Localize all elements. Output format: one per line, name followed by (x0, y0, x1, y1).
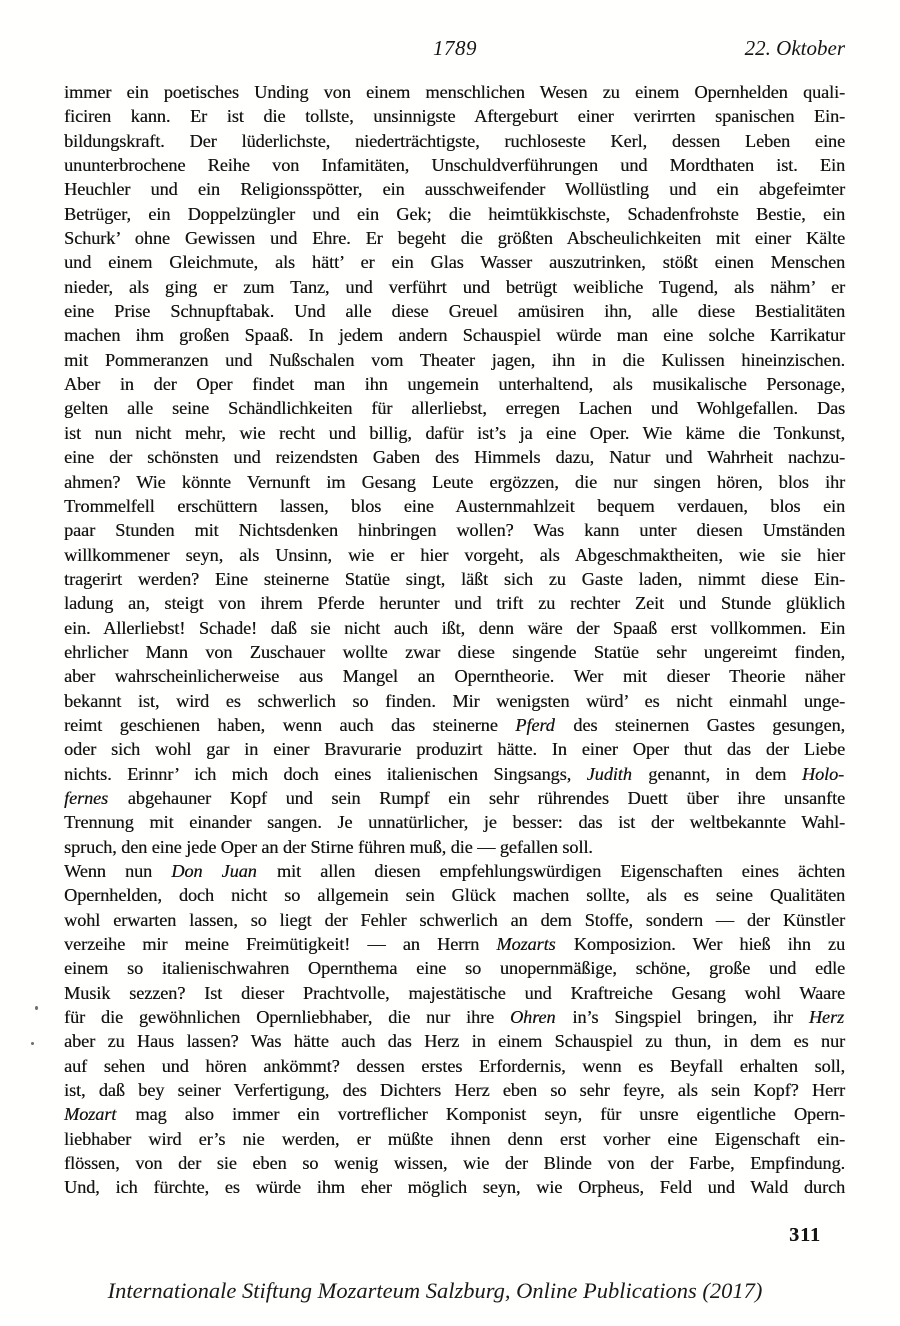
text-line: einem so italienischwahren Opernthema ei… (64, 956, 845, 980)
text-line: ehrlicher Mann von Zuschauer wollte zwar… (64, 640, 845, 664)
header-date: 22. Oktober (745, 34, 845, 62)
text-line: nichts. Erinnr’ ich mich doch eines ital… (64, 762, 845, 786)
text-line: bildungskraft. Der lüderlichste, niedert… (64, 129, 845, 153)
text-line: Aber in der Oper findet man ihn ungemein… (64, 372, 845, 396)
text-line: Trennung mit einander sangen. Je unnatür… (64, 810, 845, 834)
text-line: machen ihm großen Spaaß. In jedem andern… (64, 323, 845, 347)
text-line: ahmen? Wie könnte Vernunft im Gesang Leu… (64, 470, 845, 494)
page-number: 311 (789, 1224, 821, 1247)
text-line: Trommelfell erschüttern lassen, blos ein… (64, 494, 845, 518)
text-line: Schurk’ ohne Gewissen und Ehre. Er begeh… (64, 226, 845, 250)
text-line: fernes abgehauner Kopf und sein Rumpf ei… (64, 786, 845, 810)
running-header: 1789 22. Oktober (65, 34, 845, 62)
text-line: bekannt ist, wird es schwerlich so finde… (64, 689, 845, 713)
text-line: ist, daß bey seiner Verfertigung, des Di… (64, 1078, 845, 1102)
text-line: ladung an, steigt von ihrem Pferde herun… (64, 591, 845, 615)
text-line: Opernhelden, doch nicht so allgemein sei… (64, 883, 845, 907)
text-line: Betrüger, ein Doppelzüngler und ein Gek;… (64, 202, 845, 226)
text-line: Musik sezzen? Ist dieser Prachtvolle, ma… (64, 981, 845, 1005)
footer-credit: Internationale Stiftung Mozarteum Salzbu… (0, 1278, 870, 1304)
text-line: auf sehen und hören ankömmt? dessen erst… (64, 1054, 845, 1078)
text-line: ein. Allerliebst! Schade! daß sie nicht … (64, 616, 845, 640)
text-line: nieder, als ging er zum Tanz, und verfüh… (64, 275, 845, 299)
paragraph: immer ein poetisches Unding von einem me… (64, 80, 845, 859)
text-line: wohl erwarten lassen, so liegt der Fehle… (64, 908, 845, 932)
text-line: verzeihe mir meine Freimütigkeit! — an H… (64, 932, 845, 956)
text-line: und einem Gleichmute, als hätt’ er ein G… (64, 250, 845, 274)
body-text: immer ein poetisches Unding von einem me… (64, 80, 845, 1200)
text-line: ficiren kann. Er ist die tollste, unsinn… (64, 104, 845, 128)
text-line: willkommener seyn, als Unsinn, wie er hi… (64, 543, 845, 567)
text-line: paar Stunden mit Nichtsdenken hinbringen… (64, 518, 845, 542)
text-line: Heuchler und ein Religionsspötter, ein a… (64, 177, 845, 201)
text-line: liebhaber wird er’s nie werden, er müßte… (64, 1127, 845, 1151)
text-line: Wenn nun Don Juan mit allen diesen empfe… (64, 859, 845, 883)
text-line: gelten alle seine Schändlichkeiten für a… (64, 396, 845, 420)
text-line: Mozart mag also immer ein vortreflicher … (64, 1102, 845, 1126)
text-line: aber wahrscheinlicherweise aus Mangel an… (64, 664, 845, 688)
text-line: reimt geschienen haben, wenn auch das st… (64, 713, 845, 737)
text-line: aber zu Haus lassen? Was hätte auch das … (64, 1029, 845, 1053)
text-line: spruch, den eine jede Oper an der Stirne… (64, 835, 845, 859)
text-line: flössen, von der sie eben so wenig wisse… (64, 1151, 845, 1175)
paragraph: Wenn nun Don Juan mit allen diesen empfe… (64, 859, 845, 1200)
text-line: ist nun nicht mehr, wie recht und billig… (64, 421, 845, 445)
text-line: eine Prise Schnupftabak. Und alle diese … (64, 299, 845, 323)
scanned-page: 1789 22. Oktober immer ein poetisches Un… (0, 0, 900, 1326)
text-line: für die gewöhnlichen Opernliebhaber, die… (64, 1005, 845, 1029)
text-line: mit Pommeranzen und Nußschalen vom Theat… (64, 348, 845, 372)
text-line: immer ein poetisches Unding von einem me… (64, 80, 845, 104)
scan-speck (35, 1006, 38, 1010)
text-line: eine der schönsten und reizendsten Gaben… (64, 445, 845, 469)
text-line: tragerirt werden? Eine steinerne Statüe … (64, 567, 845, 591)
text-line: Und, ich fürchte, es würde ihm eher mögl… (64, 1175, 845, 1199)
text-line: ununterbrochene Reihe von Infamitäten, U… (64, 153, 845, 177)
text-line: oder sich wohl gar in einer Bravurarie p… (64, 737, 845, 761)
header-year: 1789 (65, 34, 845, 62)
scan-speck (31, 1042, 34, 1045)
